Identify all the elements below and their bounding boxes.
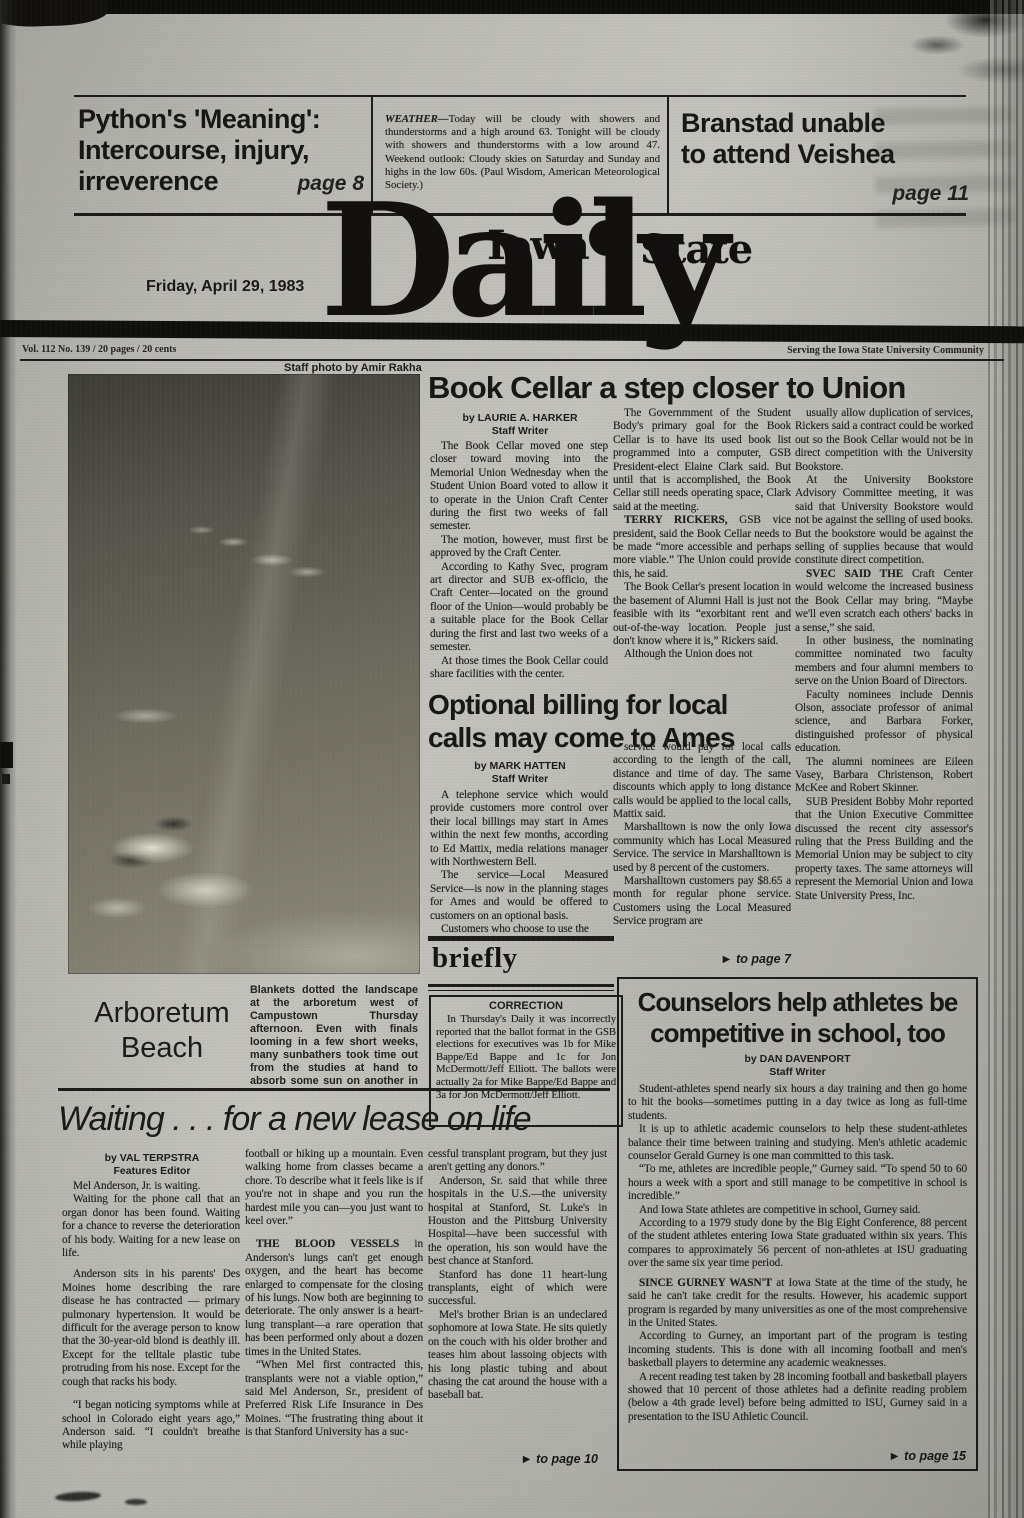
paragraph-text: SUB President Bobby Mohr reported that t… — [795, 796, 973, 902]
byline-role: Staff Writer — [430, 773, 610, 786]
paragraph-text: “When Mel first contracted this, transpl… — [245, 1359, 423, 1438]
paragraph: Marshalltown customers pay $8.65 a month… — [613, 875, 791, 929]
paragraph-text: At the University Bookstore Advisory Com… — [795, 474, 973, 566]
paragraph-text: According to Gurney, an important part o… — [628, 1330, 967, 1369]
book-cellar-headline: Book Cellar a step closer to Union — [428, 370, 974, 406]
waiting-headline: Waiting . . . for a new lease on life — [58, 1100, 610, 1139]
paragraph-text: in Anderson's lungs can't get enough oxy… — [245, 1238, 423, 1357]
teaser-branstad-line1: Branstad unable — [681, 108, 969, 139]
paragraph-text: Student-athletes spend nearly six hours … — [628, 1083, 967, 1122]
book-cellar-col2: The Governmment of the Student Body's pr… — [613, 407, 791, 685]
paragraph-text: Mel Anderson, Jr. is waiting. — [73, 1180, 200, 1192]
optional-billing-col1: A telephone service which would provide … — [430, 789, 608, 949]
paragraph: usually allow duplication of services, R… — [795, 407, 973, 474]
paragraph-lead: TERRY RICKERS, — [624, 514, 727, 526]
paragraph-text: And Iowa State athletes are competitive … — [639, 1204, 920, 1216]
paragraph: “When Mel first contracted this, transpl… — [245, 1359, 423, 1439]
paragraph: Anderson, Sr. said that while three hosp… — [428, 1175, 607, 1269]
newspaper-front-page: Python's 'Meaning': Intercourse, injury,… — [0, 0, 1024, 1518]
waiting-col1: Mel Anderson, Jr. is waiting. Waiting fo… — [62, 1180, 240, 1480]
photo-caption-text: Blankets dotted the landscape at the arb… — [250, 984, 418, 1088]
paragraph-text: football or hiking up a mountain. Even w… — [245, 1148, 423, 1227]
paragraph-text: The Book Cellar moved one step closer to… — [430, 440, 608, 532]
briefly-rule-thick — [428, 984, 614, 987]
folio-line: Vol. 112 No. 139 / 20 pages / 20 cents — [22, 344, 176, 355]
paragraph-text: According to a 1979 study done by the Bi… — [628, 1217, 967, 1269]
scan-artifact-bottom-smudge-2 — [125, 1499, 147, 1505]
paragraph: Mel's brother Brian is an undeclared sop… — [428, 1309, 607, 1403]
paragraph-text: usually allow duplication of services, R… — [795, 407, 973, 473]
paragraph: Customers who choose to use the — [430, 923, 608, 936]
paragraph: TERRY RICKERS, GSB vice president, said … — [613, 514, 791, 581]
paragraph: SVEC SAID THE Craft Center would welcome… — [795, 568, 973, 635]
paragraph-text: The service—Local Measured Service—is no… — [430, 869, 608, 921]
paragraph: Student-athletes spend nearly six hours … — [628, 1083, 967, 1123]
counselors-jump: ► to page 15 — [888, 1449, 966, 1463]
book-cellar-col3: usually allow duplication of services, R… — [795, 407, 973, 969]
scan-artifact-left-band — [0, 0, 17, 1518]
paragraph: In other business, the nominating commit… — [795, 635, 973, 689]
paragraph-text: Mel's brother Brian is an undeclared sop… — [428, 1309, 607, 1401]
waiting-jump: ► to page 10 — [428, 1452, 598, 1466]
byline-role: Features Editor — [62, 1165, 242, 1178]
paragraph-text: The Governmment of the Student Body's pr… — [613, 407, 791, 513]
photo-credit: Staff photo by Amir Rakha — [284, 362, 422, 374]
caption-title-line1: Arboretum — [82, 996, 242, 1031]
scan-artifact-top-strip — [0, 0, 1024, 14]
paragraph: Stanford has done 11 heart-lung transpla… — [428, 1269, 607, 1309]
paragraph: The service—Local Measured Service—is no… — [430, 869, 608, 923]
masthead-iowa: Iowa — [487, 222, 589, 269]
paragraph-lead: SINCE GURNEY WASN'T — [639, 1277, 772, 1289]
paragraph: And Iowa State athletes are competitive … — [628, 1204, 967, 1217]
briefly-label: briefly — [428, 936, 614, 975]
paragraph-text: Marshalltown is now the only Iowa commun… — [613, 821, 791, 873]
paragraph: THE BLOOD VESSELS in Anderson's lungs ca… — [245, 1238, 423, 1359]
paragraph: A recent reading test taken by 28 incomi… — [628, 1371, 967, 1425]
paragraph-text: Stanford has done 11 heart-lung transpla… — [428, 1269, 607, 1308]
paragraph-text: According to Kathy Svec, program art dir… — [430, 561, 608, 653]
headline-line1: Counselors help athletes be — [619, 987, 976, 1018]
byline-name: by VAL TERPSTRA — [62, 1152, 242, 1165]
folio-rule — [20, 359, 1004, 361]
paragraph-text: Marshalltown customers pay $8.65 a month… — [613, 875, 791, 927]
byline-role: Staff Writer — [430, 425, 610, 438]
scan-artifact-bottom-smudge — [55, 1491, 101, 1502]
paragraph: Anderson sits in his parents' Des Moines… — [62, 1268, 240, 1389]
book-cellar-byline: by LAURIE A. HARKER Staff Writer — [430, 412, 610, 438]
paragraph: The Book Cellar's present location in th… — [613, 581, 791, 648]
headline-line2: competitive in school, too — [619, 1018, 976, 1049]
paragraph-text: Customers who choose to use the — [441, 923, 589, 935]
paragraph-text: Anderson, Sr. said that while three hosp… — [428, 1175, 607, 1267]
paragraph-text: Anderson sits in his parents' Des Moines… — [62, 1268, 240, 1387]
briefly-rule-top — [428, 936, 614, 941]
paragraph-text: cessful transplant program, but they jus… — [428, 1148, 607, 1173]
paragraph: Faculty nominees include Dennis Olson, a… — [795, 689, 973, 756]
paragraph-text: The motion, however, must first be appro… — [430, 534, 608, 559]
paragraph: In Thursday's Daily it was incorrectly r… — [436, 1013, 616, 1101]
counselors-article-box: Counselors help athletes be competitive … — [617, 977, 978, 1471]
optional-billing-col2: service would pay for local calls accord… — [613, 741, 791, 949]
paragraph-text: Although the Union does not — [624, 648, 752, 660]
paragraph-text: Faculty nominees include Dennis Olson, a… — [795, 689, 973, 755]
paragraph: The alumni nominees are Eileen Vasey, Ba… — [795, 756, 973, 796]
optional-billing-byline: by MARK HATTEN Staff Writer — [430, 760, 610, 786]
paragraph: cessful transplant program, but they jus… — [428, 1148, 607, 1175]
caption-title-line2: Beach — [82, 1031, 242, 1066]
counselors-body: Student-athletes spend nearly six hours … — [628, 1083, 967, 1439]
paragraph: football or hiking up a mountain. Even w… — [245, 1148, 423, 1228]
waiting-col2: football or hiking up a mountain. Even w… — [245, 1148, 423, 1482]
paragraph-lead: SVEC SAID THE — [806, 568, 903, 580]
byline-name: by LAURIE A. HARKER — [430, 412, 610, 425]
paragraph-text: In other business, the nominating commit… — [795, 635, 973, 687]
paragraph-text: Waiting for the phone call that an organ… — [62, 1193, 240, 1259]
paragraph: SINCE GURNEY WASN'T at Iowa State at the… — [628, 1277, 967, 1331]
waiting-col3: cessful transplant program, but they jus… — [428, 1148, 607, 1448]
paragraph-text: The Book Cellar's present location in th… — [613, 581, 791, 647]
teaser-python-line1: Python's 'Meaning': — [78, 104, 364, 135]
briefly-rule-thin — [428, 990, 614, 991]
arboretum-photo — [68, 374, 420, 974]
scan-artifact-top-right — [900, 0, 1024, 100]
teaser-branstad-pageref: page 11 — [681, 182, 969, 206]
paragraph: “I began noticing symptoms while at scho… — [62, 1399, 240, 1453]
paragraph-text: service would pay for local calls accord… — [613, 741, 791, 820]
paragraph-text: The alumni nominees are Eileen Vasey, Ba… — [795, 756, 973, 795]
scan-artifact-left-mark-2 — [2, 774, 10, 784]
book-cellar-col1: The Book Cellar moved one step closer to… — [430, 440, 608, 685]
paragraph: Waiting for the phone call that an organ… — [62, 1193, 240, 1260]
paragraph: According to Gurney, an important part o… — [628, 1330, 967, 1370]
paragraph-text: It is up to athletic academic counselors… — [628, 1123, 967, 1162]
scan-artifact-left-mark — [0, 742, 13, 768]
paragraph-text: “To me, athletes are incredible people,”… — [628, 1163, 967, 1202]
scan-artifact-right-curl — [988, 0, 1024, 1518]
paragraph-text: “I began noticing symptoms while at scho… — [62, 1399, 240, 1451]
paragraph: At those times the Book Cellar could sha… — [430, 655, 608, 682]
paragraph: Mel Anderson, Jr. is waiting. — [62, 1180, 240, 1193]
correction-heading: CORRECTION — [436, 1000, 616, 1013]
paragraph: It is up to athletic academic counselors… — [628, 1123, 967, 1163]
byline-name: by DAN DAVENPORT — [619, 1053, 976, 1066]
paragraph: The motion, however, must first be appro… — [430, 534, 608, 561]
masthead-ball-icon — [589, 220, 625, 256]
teaser-branstad: Branstad unable to attend Veishea page 1… — [681, 108, 969, 206]
paragraph: The Book Cellar moved one step closer to… — [430, 440, 608, 534]
counselors-headline: Counselors help athletes be competitive … — [619, 987, 976, 1049]
byline-name: by MARK HATTEN — [430, 760, 610, 773]
teaser-python-line2: Intercourse, injury, — [78, 135, 364, 166]
masthead-date: Friday, April 29, 1983 — [146, 278, 304, 296]
teaser-rule-top — [74, 95, 966, 97]
byline-role: Staff Writer — [619, 1066, 976, 1079]
masthead-state: State — [640, 226, 752, 273]
paragraph: According to Kathy Svec, program art dir… — [430, 561, 608, 655]
briefly-box: briefly CORRECTION In Thursday's Daily i… — [428, 936, 614, 1120]
photo-caption-title: Arboretum Beach — [82, 996, 242, 1066]
paragraph: service would pay for local calls accord… — [613, 741, 791, 821]
paragraph-text: A recent reading test taken by 28 incomi… — [628, 1371, 967, 1423]
paragraph: SUB President Bobby Mohr reported that t… — [795, 796, 973, 903]
teaser-python-line3: irreverence — [78, 166, 218, 197]
paragraph: Marshalltown is now the only Iowa commun… — [613, 821, 791, 875]
waiting-byline: by VAL TERPSTRA Features Editor — [62, 1152, 242, 1178]
teaser-branstad-line2: to attend Veishea — [681, 139, 969, 170]
weather-label: WEATHER— — [385, 113, 449, 125]
optional-billing-jump: ► to page 7 — [613, 952, 791, 966]
paragraph: The Governmment of the Student Body's pr… — [613, 407, 791, 514]
scan-artifact-top-left — [0, 0, 109, 28]
headline-line1: Optional billing for local — [428, 688, 790, 721]
paragraph: Although the Union does not — [613, 648, 791, 661]
paragraph: At the University Bookstore Advisory Com… — [795, 474, 973, 568]
paragraph: According to a 1979 study done by the Bi… — [628, 1217, 967, 1271]
paragraph: “To me, athletes are incredible people,”… — [628, 1163, 967, 1203]
paragraph-text: A telephone service which would provide … — [430, 789, 608, 868]
counselors-byline: by DAN DAVENPORT Staff Writer — [619, 1053, 976, 1079]
paragraph: A telephone service which would provide … — [430, 789, 608, 869]
paragraph-lead: THE BLOOD VESSELS — [256, 1238, 399, 1250]
paragraph-text: At those times the Book Cellar could sha… — [430, 655, 608, 680]
